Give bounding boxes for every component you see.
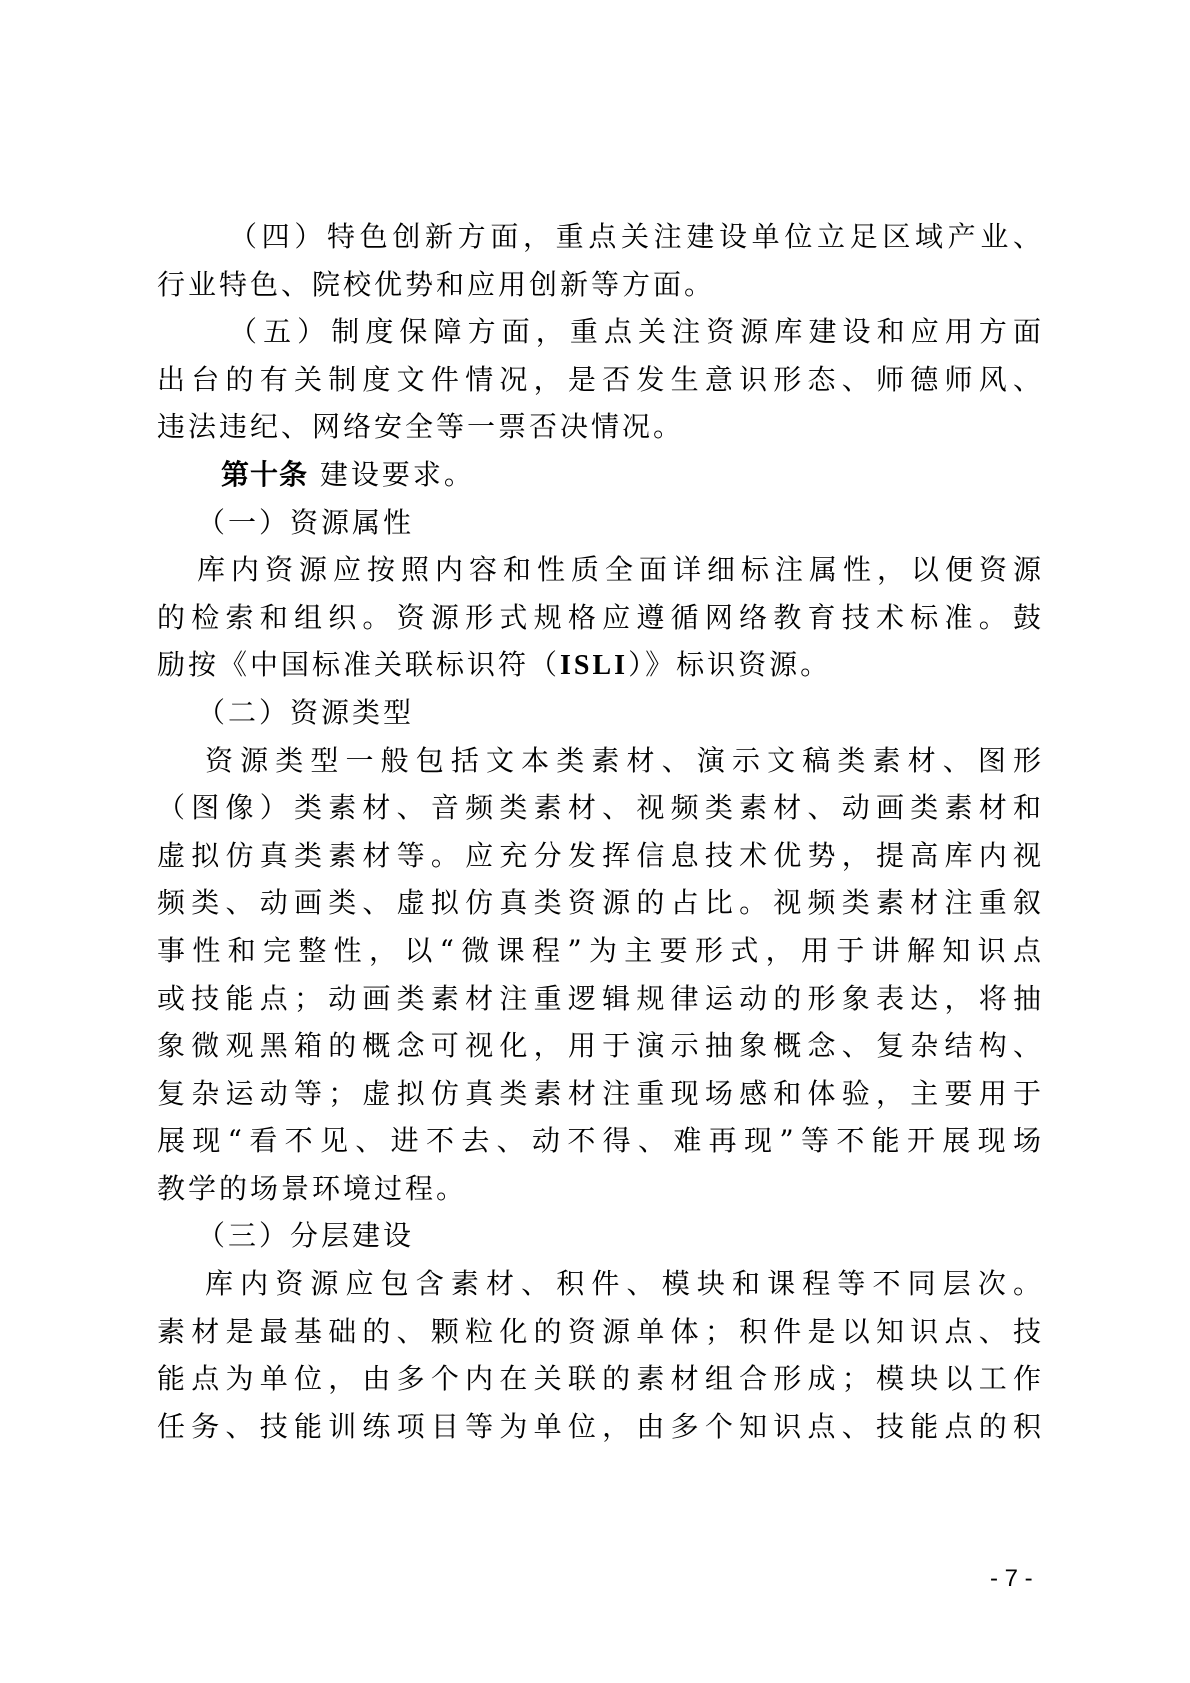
paragraph-line: 教学的场景环境过程。 <box>157 1165 1041 1213</box>
paragraph-line: （四）特色创新方面，重点关注建设单位立足区域产业、 <box>157 213 1041 261</box>
page-number: - 7 - <box>990 1565 1050 1593</box>
paragraph-line: 虚拟仿真类素材等。应充分发挥信息技术优势，提高库内视 <box>157 832 1041 880</box>
paragraph-line: 行业特色、院校优势和应用创新等方面。 <box>157 261 1041 309</box>
paragraph-line: 库内资源应包含素材、积件、模块和课程等不同层次。 <box>157 1260 1041 1308</box>
section-heading: （三）分层建设 <box>157 1212 1041 1260</box>
paragraph-line: 复杂运动等；虚拟仿真类素材注重现场感和体验，主要用于 <box>157 1070 1041 1118</box>
paragraph-line: 展现“看不见、进不去、动不得、难再现”等不能开展现场 <box>157 1117 1041 1165</box>
paragraph-line: 素材是最基础的、颗粒化的资源单体；积件是以知识点、技 <box>157 1308 1041 1356</box>
paragraph-line: 出台的有关制度文件情况，是否发生意识形态、师德师风、 <box>157 356 1041 404</box>
isli-line: 励按《中国标准关联标识符（ISLI）》标识资源。 <box>157 641 1041 689</box>
article-label: 第十条 <box>221 458 308 491</box>
paragraph-line: 能点为单位，由多个内在关联的素材组合形成；模块以工作 <box>157 1355 1041 1403</box>
paragraph-line: 的检索和组织。资源形式规格应遵循网络教育技术标准。鼓 <box>157 594 1041 642</box>
document-page: （四）特色创新方面，重点关注建设单位立足区域产业、 行业特色、院校优势和应用创新… <box>0 0 1190 1683</box>
paragraph-line: （五）制度保障方面，重点关注资源库建设和应用方面 <box>157 308 1041 356</box>
paragraph-line: 象微观黑箱的概念可视化，用于演示抽象概念、复杂结构、 <box>157 1022 1041 1070</box>
body-text: （四）特色创新方面，重点关注建设单位立足区域产业、 行业特色、院校优势和应用创新… <box>157 213 1041 1450</box>
paragraph-line: （图像）类素材、音频类素材、视频类素材、动画类素材和 <box>157 784 1041 832</box>
section-heading: （一）资源属性 <box>157 499 1041 547</box>
paragraph-line: 或技能点；动画类素材注重逻辑规律运动的形象表达，将抽 <box>157 975 1041 1023</box>
paragraph-line: 资源类型一般包括文本类素材、演示文稿类素材、图形 <box>157 737 1041 785</box>
paragraph-line: 库内资源应按照内容和性质全面详细标注属性，以便资源 <box>157 546 1041 594</box>
isli-line-after: ）》标识资源。 <box>628 648 831 681</box>
article-title: 建设要求。 <box>320 458 475 491</box>
article-heading: 第十条 建设要求。 <box>157 451 1041 499</box>
paragraph-line: 任务、技能训练项目等为单位，由多个知识点、技能点的积 <box>157 1403 1041 1451</box>
paragraph-line: 频类、动画类、虚拟仿真类资源的占比。视频类素材注重叙 <box>157 879 1041 927</box>
isli-line-before: 励按《中国标准关联标识符（ <box>157 648 560 681</box>
paragraph-line: 事性和完整性，以“微课程”为主要形式，用于讲解知识点 <box>157 927 1041 975</box>
isli-abbreviation: ISLI <box>560 650 628 681</box>
section-heading: （二）资源类型 <box>157 689 1041 737</box>
paragraph-line: 违法违纪、网络安全等一票否决情况。 <box>157 403 1041 451</box>
